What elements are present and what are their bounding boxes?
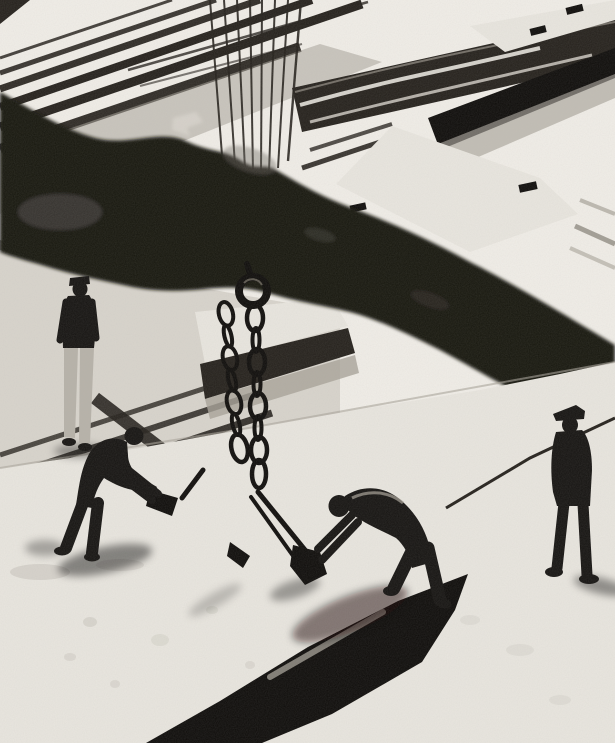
photo-steel-plates-dock — [0, 0, 615, 743]
photo-canvas — [0, 0, 615, 743]
film-grain-overlay — [0, 0, 615, 743]
